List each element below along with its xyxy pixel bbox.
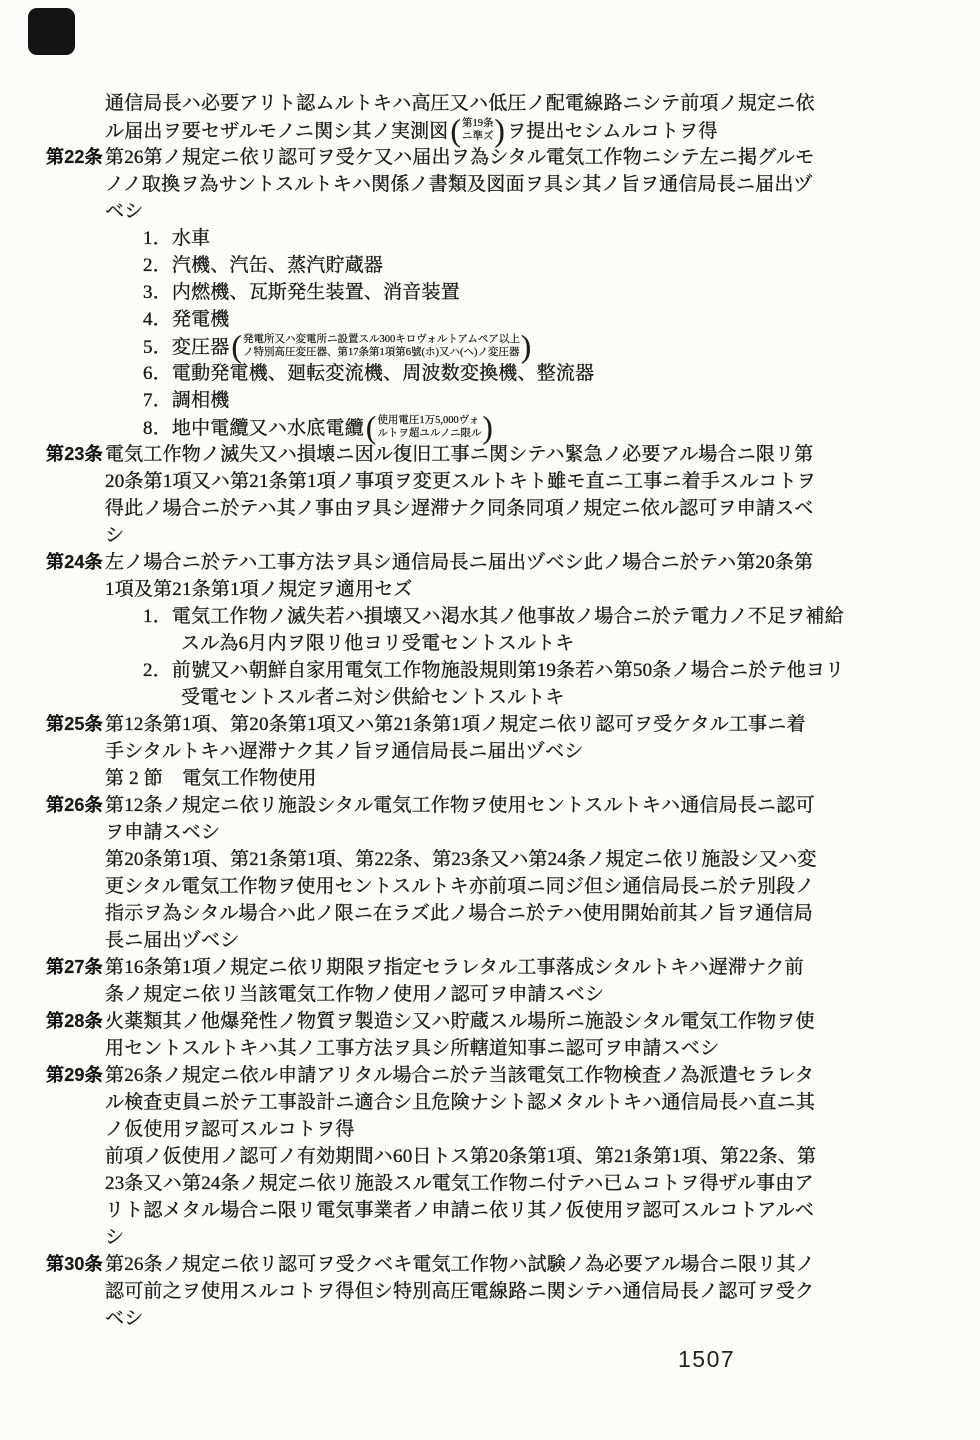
text-line: ル届出ヲ要セザルモノニ関シ其ノ実測図(第19条ニ準ズ)ヲ提出セシムルコトヲ得 xyxy=(0,117,980,144)
text-line: 条ノ規定ニ依リ当該電気工作物ノ使用ノ認可ヲ申請スベシ xyxy=(0,981,980,1008)
text-line: 第29条第26条ノ規定ニ依ル申請アリタル場合ニ於テ当該電気工作物検査ノ為派遣セラ… xyxy=(0,1062,980,1089)
inline-paren-note: (第19条ニ準ズ) xyxy=(451,115,506,146)
inline-paren-note: (発電所又ハ変電所ニ設置スル300キロヴォルトアムペア以上ノ特別高圧変圧器、第1… xyxy=(232,331,532,362)
text-line: 1項及第21条第1項ノ規定ヲ適用セズ xyxy=(0,576,980,603)
open-paren: ( xyxy=(366,412,377,444)
text-line: ベシ xyxy=(0,1305,980,1332)
document-body: 通信局長ハ必要アリト認ムルトキハ高圧又ハ低圧ノ配電線路ニシテ前項ノ規定ニ依 ル届… xyxy=(0,90,980,1332)
list-item: 4．発電機 xyxy=(0,306,980,333)
text-line: 更シタル電気工作物ヲ使用セントスルトキ亦前項ニ同ジ但シ通信局長ニ於テ別段ノ xyxy=(0,873,980,900)
text-line: 第20条第1項、第21条第1項、第22条、第23条又ハ第24条ノ規定ニ依リ施設シ… xyxy=(0,846,980,873)
list-item-continuation: 受電セントスル者ニ対シ供給セントスルトキ xyxy=(0,684,980,711)
text-line: 第22条第26第ノ規定ニ依リ認可ヲ受ケ又ハ届出ヲ為シタル電気工作物ニシテ左ニ掲グ… xyxy=(0,144,980,171)
text-line: シ xyxy=(0,522,980,549)
close-paren: ) xyxy=(495,115,506,147)
text-line: 前項ノ仮使用ノ認可ノ有効期間ハ60日トス第20条第1項、第21条第1項、第22条… xyxy=(0,1143,980,1170)
text-line: 第27条第16条第1項ノ規定ニ依リ期限ヲ指定セラレタル工事落成シタルトキハ遅滞ナ… xyxy=(0,954,980,981)
text-line: ル検査吏員ニ於テ工事設計ニ適合シ且危険ナシト認メタルトキハ通信局長ハ直ニ其 xyxy=(0,1089,980,1116)
text-line: シ xyxy=(0,1224,980,1251)
text-line: 第28条火薬類其ノ他爆発性ノ物質ヲ製造シ又ハ貯蔵スル場所ニ施設シタル電気工作物ヲ… xyxy=(0,1008,980,1035)
list-item: 2．汽機、汽缶、蒸汽貯蔵器 xyxy=(0,252,980,279)
article-label-24: 第24条 xyxy=(46,549,103,576)
open-paren: ( xyxy=(451,115,462,147)
text-line: 第25条第12条第1項、第20条第1項又ハ第21条第1項ノ規定ニ依リ認可ヲ受ケタ… xyxy=(0,711,980,738)
list-item: 3．内燃機、瓦斯発生装置、消音装置 xyxy=(0,279,980,306)
article-label-29: 第29条 xyxy=(46,1062,103,1089)
section-heading: 第 2 節 電気工作物使用 xyxy=(0,765,980,792)
text-line: ノノ取換ヲ為サントスルトキハ関係ノ書類及図面ヲ具シ其ノ旨ヲ通信局長ニ届出ヅ xyxy=(0,171,980,198)
text-line: リト認メタル場合ニ限リ電気事業者ノ申請ニ依リ其ノ仮使用ヲ認可スルコトアルベ xyxy=(0,1197,980,1224)
list-item-continuation: スル為6月内ヲ限リ他ヨリ受電セントスルトキ xyxy=(0,630,980,657)
text-line: 23条又ハ第24条ノ規定ニ依リ施設スル電気工作物ニ付テハ已ムコトヲ得ザル事由ア xyxy=(0,1170,980,1197)
list-item: 1．水車 xyxy=(0,225,980,252)
list-item: 2．前號又ハ朝鮮自家用電気工作物施設規則第19条若ハ第50条ノ場合ニ於テ他ヨリ xyxy=(0,657,980,684)
text-line: 第30条第26条ノ規定ニ依リ認可ヲ受クベキ電気工作物ハ試験ノ為必要アル場合ニ限リ… xyxy=(0,1251,980,1278)
text-line: 第24条左ノ場合ニ於テハ工事方法ヲ具シ通信局長ニ届出ヅベシ此ノ場合ニ於テハ第20… xyxy=(0,549,980,576)
open-paren: ( xyxy=(232,331,243,363)
list-item: 6．電動発電機、廻転変流機、周波数変換機、整流器 xyxy=(0,360,980,387)
text-line: ノ仮使用ヲ認可スルコトヲ得 xyxy=(0,1116,980,1143)
text-line: 得此ノ場合ニ於テハ其ノ事由ヲ具シ遅滞ナク同条同項ノ規定ニ依ル認可ヲ申請スベ xyxy=(0,495,980,522)
text-line: ベシ xyxy=(0,198,980,225)
list-item: 8．地中電纜又ハ水底電纜(使用電圧1万5,000ヴォルトヲ超ユルノニ限ル) xyxy=(0,414,980,441)
text-line: 用セントスルトキハ其ノ工事方法ヲ具シ所轄道知事ニ認可ヲ申請スベシ xyxy=(0,1035,980,1062)
list-item: 5．変圧器(発電所又ハ変電所ニ設置スル300キロヴォルトアムペア以上ノ特別高圧変… xyxy=(0,333,980,360)
text-line: 20条第1項又ハ第21条第1項ノ事項ヲ変更スルトキト雖モ直ニ工事ニ着手スルコトヲ xyxy=(0,468,980,495)
article-label-30: 第30条 xyxy=(46,1251,103,1278)
article-label-23: 第23条 xyxy=(46,441,103,468)
article-label-28: 第28条 xyxy=(46,1008,103,1035)
close-paren: ) xyxy=(483,412,494,444)
text-line: 認可前之ヲ使用スルコトヲ得但シ特別高圧電線路ニ関シテハ通信局長ノ認可ヲ受ク xyxy=(0,1278,980,1305)
scanned-document-page: 通信局長ハ必要アリト認ムルトキハ高圧又ハ低圧ノ配電線路ニシテ前項ノ規定ニ依 ル届… xyxy=(0,0,980,1440)
article-label-22: 第22条 xyxy=(46,144,103,171)
text-line: ヲ申請スベシ xyxy=(0,819,980,846)
list-item: 1．電気工作物ノ滅失若ハ損壊又ハ渇水其ノ他事故ノ場合ニ於テ電力ノ不足ヲ補給 xyxy=(0,603,980,630)
page-number: 1507 xyxy=(678,1346,735,1373)
text-line: 第26条第12条ノ規定ニ依リ施設シタル電気工作物ヲ使用セントスルトキハ通信局長ニ… xyxy=(0,792,980,819)
text-line: 長ニ届出ヅベシ xyxy=(0,927,980,954)
article-label-25: 第25条 xyxy=(46,711,103,738)
text-line: 第23条電気工作物ノ滅失又ハ損壊ニ因ル復旧工事ニ関シテハ緊急ノ必要アル場合ニ限リ… xyxy=(0,441,980,468)
text-line: 通信局長ハ必要アリト認ムルトキハ高圧又ハ低圧ノ配電線路ニシテ前項ノ規定ニ依 xyxy=(0,90,980,117)
inline-paren-note: (使用電圧1万5,000ヴォルトヲ超ユルノニ限ル) xyxy=(366,412,493,443)
close-paren: ) xyxy=(521,331,532,363)
corner-mark xyxy=(28,8,75,55)
article-label-26: 第26条 xyxy=(46,792,103,819)
text-line: 手シタルトキハ遅滞ナク其ノ旨ヲ通信局長ニ届出ヅベシ xyxy=(0,738,980,765)
text-line: 指示ヲ為シタル場合ハ此ノ限ニ在ラズ此ノ場合ニ於テハ使用開始前其ノ旨ヲ通信局 xyxy=(0,900,980,927)
article-label-27: 第27条 xyxy=(46,954,103,981)
